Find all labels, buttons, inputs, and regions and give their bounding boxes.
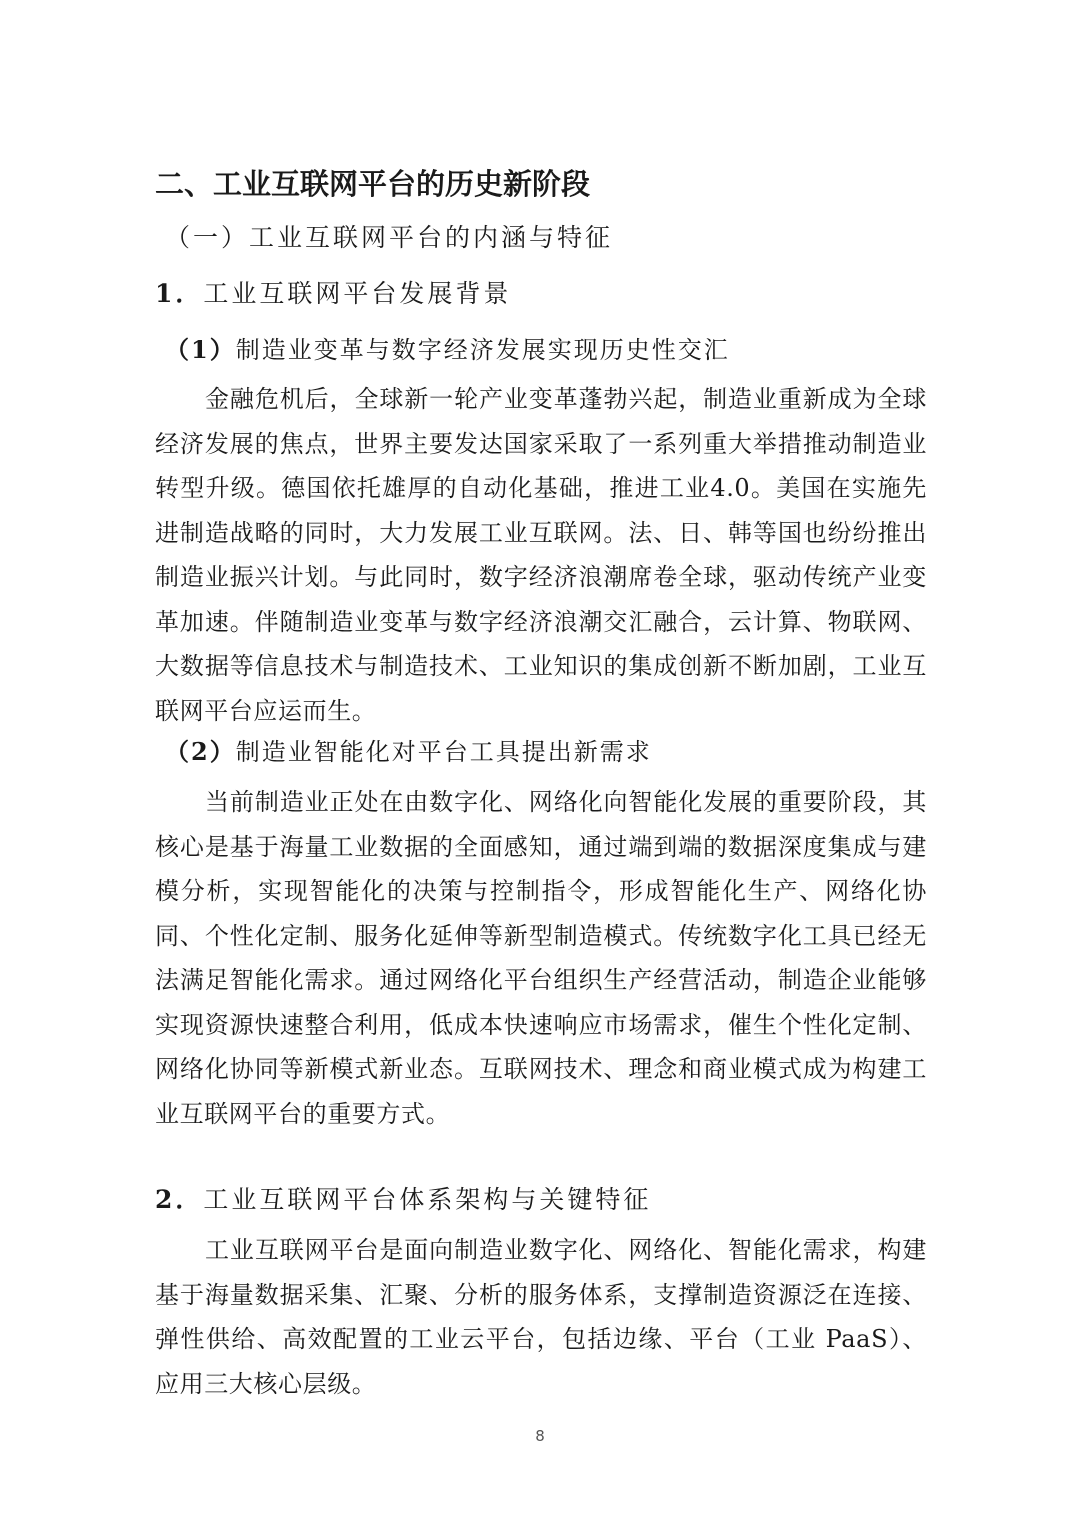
subheading-1: （1）制造业变革与数字经济发展实现历史性交汇 bbox=[165, 330, 730, 365]
subheading-2-number: （2） bbox=[165, 737, 236, 766]
section-title: 二、工业互联网平台的历史新阶段 bbox=[155, 162, 590, 203]
heading-2-number: 2． bbox=[155, 1185, 203, 1214]
heading-2-text: 工业互联网平台体系架构与关键特征 bbox=[203, 1185, 651, 1214]
heading-1-number: 1． bbox=[155, 279, 203, 308]
heading-1: 1．工业互联网平台发展背景 bbox=[155, 274, 511, 310]
subsection-title: （一）工业互联网平台的内涵与特征 bbox=[165, 218, 613, 254]
paragraph-3: 工业互联网平台是面向制造业数字化、网络化、智能化需求，构建基于海量数据采集、汇聚… bbox=[155, 1228, 927, 1406]
subheading-1-text: 制造业变革与数字经济发展实现历史性交汇 bbox=[236, 336, 730, 364]
subheading-1-number: （1） bbox=[165, 335, 236, 364]
heading-1-text: 工业互联网平台发展背景 bbox=[203, 279, 511, 308]
page-number: 8 bbox=[0, 1427, 1080, 1445]
subheading-2-text: 制造业智能化对平台工具提出新需求 bbox=[236, 738, 652, 766]
paragraph-2: 当前制造业正处在由数字化、网络化向智能化发展的重要阶段，其核心是基于海量工业数据… bbox=[155, 780, 927, 1136]
paragraph-1: 金融危机后，全球新一轮产业变革蓬勃兴起，制造业重新成为全球经济发展的焦点，世界主… bbox=[155, 377, 927, 733]
subheading-2: （2）制造业智能化对平台工具提出新需求 bbox=[165, 732, 652, 767]
heading-2: 2．工业互联网平台体系架构与关键特征 bbox=[155, 1180, 651, 1216]
